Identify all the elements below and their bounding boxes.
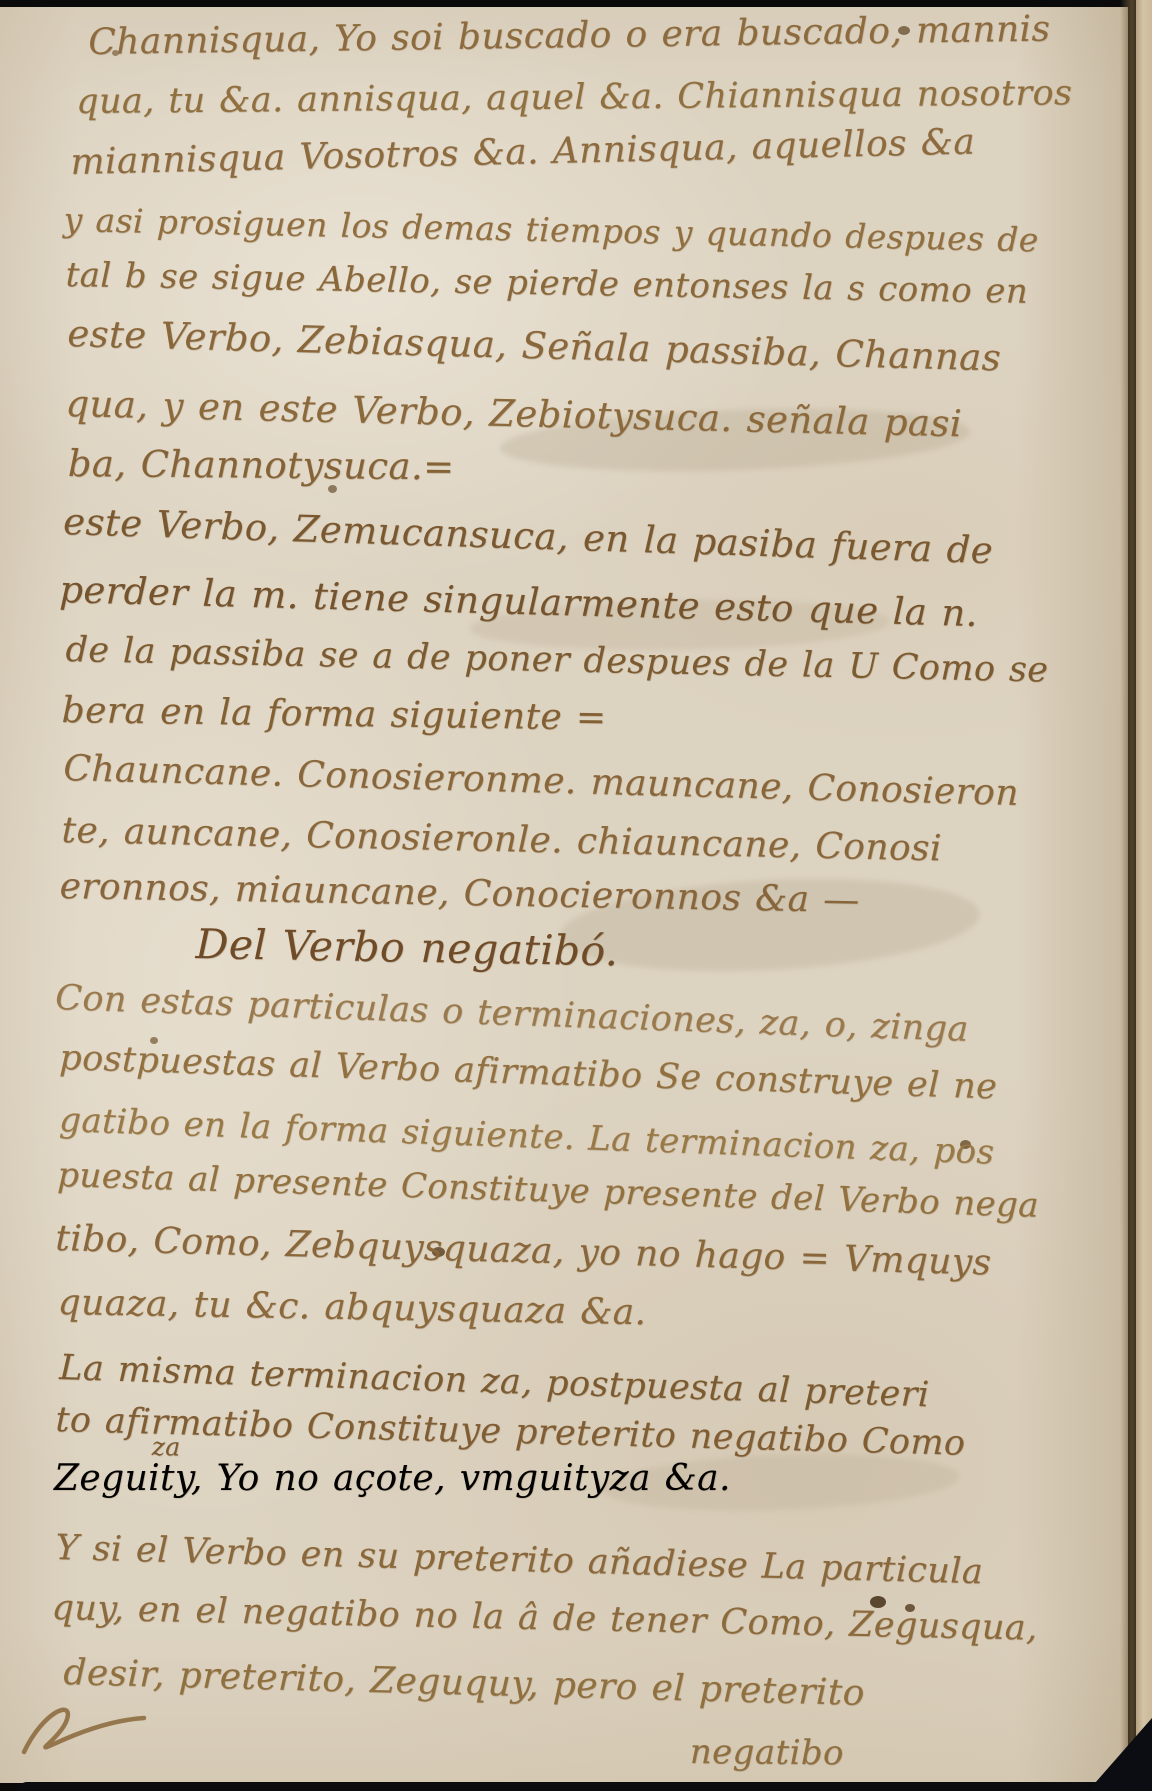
manuscript-photo: Channisqua, Yo soi buscado o era buscado…: [0, 0, 1152, 1791]
manuscript-line: bera en la forma siguiente =: [61, 690, 606, 739]
manuscript-line: ba, Channotysuca.=: [68, 442, 455, 488]
interlinear-insertion: za: [151, 1432, 180, 1461]
manuscript-line: Zeguity, Yo no açote, vmguityza &a.: [54, 1458, 731, 1499]
adjacent-page-edge: [1136, 0, 1152, 1791]
catchword: negatibo: [690, 1732, 844, 1773]
photo-top-edge: [0, 0, 1152, 7]
page-crease-shadow: [1120, 0, 1136, 1791]
section-heading: Del Verbo negatibó.: [195, 920, 619, 975]
photo-bottom-edge: [18, 1782, 1128, 1791]
ink-flourish: [14, 1680, 154, 1770]
